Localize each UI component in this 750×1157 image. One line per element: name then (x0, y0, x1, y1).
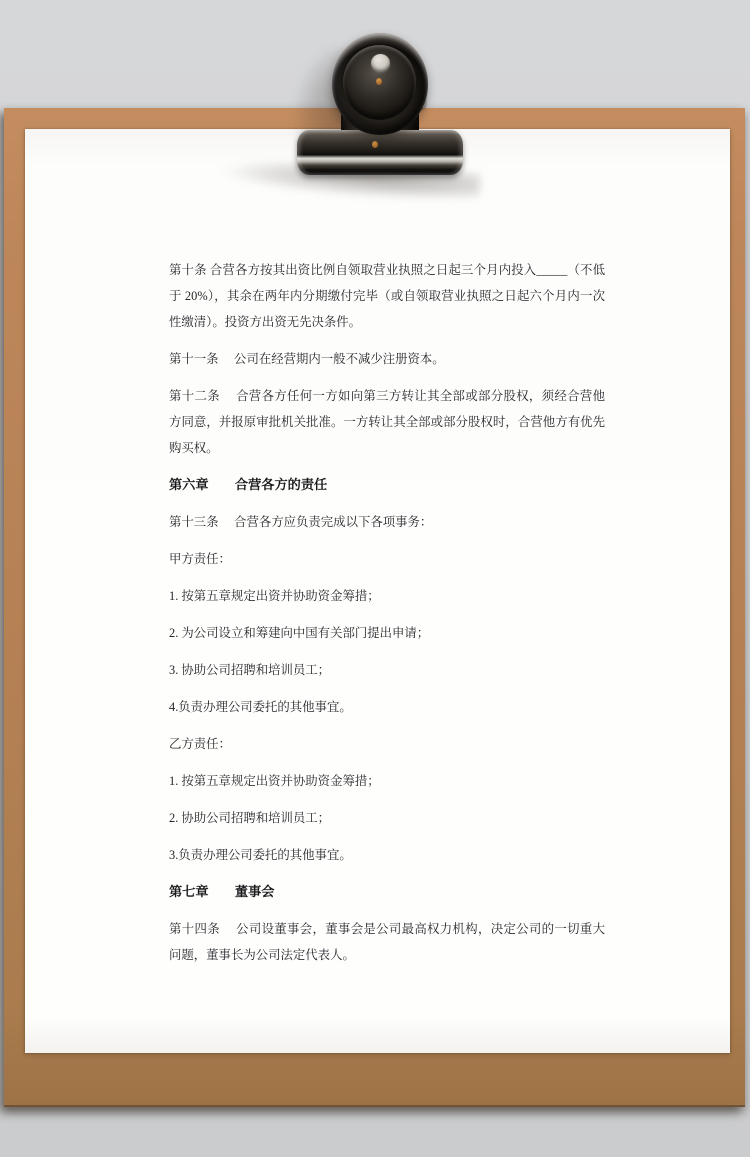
chapter-6-heading: 第六章 合营各方的责任 (169, 472, 605, 498)
paragraph-article-14: 第十四条 公司设董事会，董事会是公司最高权力机构，决定公司的一切重大问题，董事长… (169, 916, 605, 968)
clip-reflection-dot (372, 141, 378, 148)
chapter-7-heading: 第七章 董事会 (169, 879, 605, 905)
party-b-duties-label: 乙方责任： (169, 731, 605, 757)
party-b-item-1: 1. 按第五章规定出资并协助资金筹措； (169, 768, 605, 794)
clip-hole (371, 54, 390, 72)
photo-scene: 第十条 合营各方按其出资比例自领取营业执照之日起三个月内投入_____（不低于 … (0, 0, 750, 1157)
party-a-item-2: 2. 为公司设立和筹建向中国有关部门提出申请； (169, 620, 605, 646)
party-b-item-2: 2. 协助公司招聘和培训员工； (169, 805, 605, 831)
party-a-duties-label: 甲方责任： (169, 546, 605, 572)
party-b-item-3: 3.负责办理公司委托的其他事宜。 (169, 842, 605, 868)
paragraph-article-13: 第十三条 合营各方应负责完成以下各项事务： (169, 509, 605, 535)
clip-reflection-dot (376, 78, 382, 85)
contract-text: 第十条 合营各方按其出资比例自领取营业执照之日起三个月内投入_____（不低于 … (169, 257, 605, 979)
contract-page: 第十条 合营各方按其出资比例自领取营业执照之日起三个月内投入_____（不低于 … (25, 129, 730, 1053)
party-a-item-4: 4.负责办理公司委托的其他事宜。 (169, 694, 605, 720)
paragraph-article-10: 第十条 合营各方按其出资比例自领取营业执照之日起三个月内投入_____（不低于 … (169, 257, 605, 335)
paragraph-article-11: 第十一条 公司在经营期内一般不减少注册资本。 (169, 346, 605, 372)
party-a-item-3: 3. 协助公司招聘和培训员工； (169, 657, 605, 683)
binder-clip-bar (297, 130, 463, 175)
paragraph-article-12: 第十二条 合营各方任何一方如向第三方转让其全部或部分股权，须经合营他方同意，并报… (169, 383, 605, 461)
binder-clip-knob (332, 33, 428, 135)
party-a-item-1: 1. 按第五章规定出资并协助资金筹措； (169, 583, 605, 609)
